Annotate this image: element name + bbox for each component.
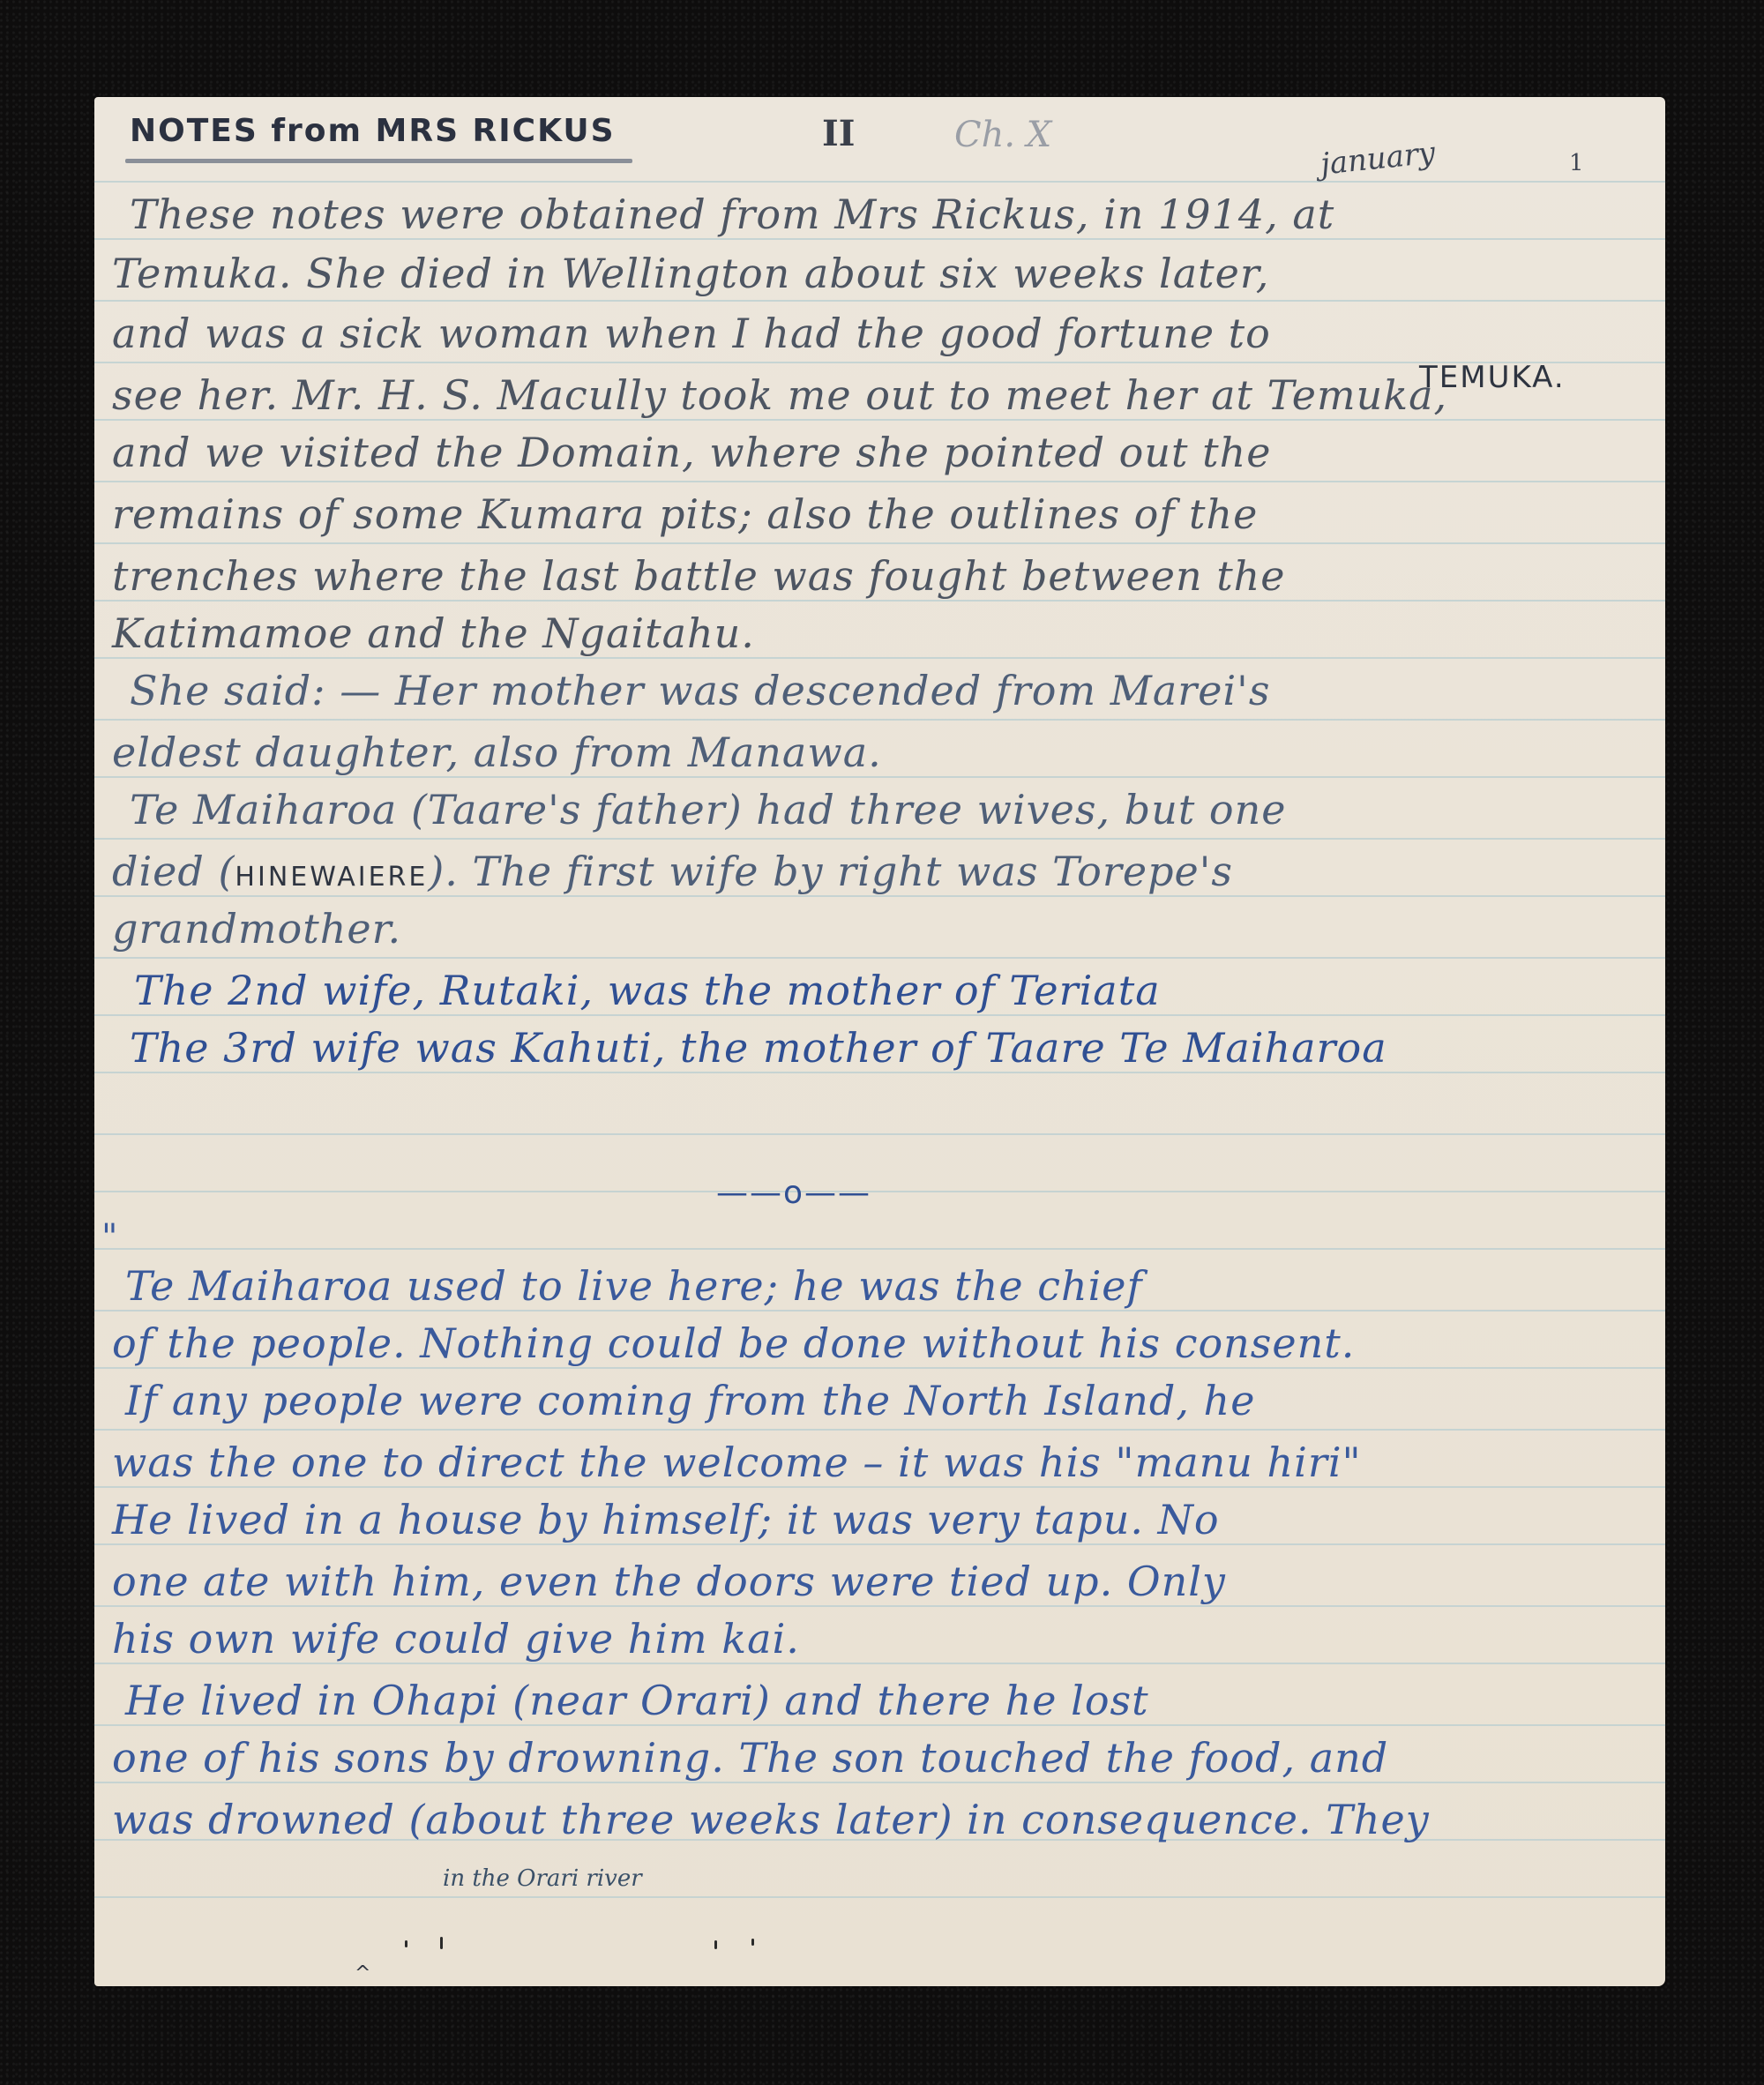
interlinear-insertion: in the Orari river	[443, 1865, 642, 1892]
text-line: was drowned (about three weeks later) in…	[112, 1799, 1430, 1840]
opening-quote-mark: "	[101, 1217, 117, 1258]
text-line: He lived in Ohapi (near Orari) and there…	[125, 1680, 1149, 1721]
text-line: trenches where the last battle was fough…	[112, 556, 1286, 596]
ruled-line	[94, 300, 1665, 302]
text-line: see her. Mr. H. S. Macully took me out t…	[112, 375, 1447, 415]
text-line: These notes were obtained from Mrs Ricku…	[130, 194, 1334, 235]
page-heading: NOTES from MRS RICKUS	[130, 113, 616, 149]
ruled-line	[94, 1429, 1665, 1431]
ruled-line	[94, 776, 1665, 778]
ruled-line	[94, 838, 1665, 840]
text-line: The 3rd wife was Kahuti, the mother of T…	[130, 1028, 1387, 1068]
ruled-line	[94, 1724, 1665, 1726]
ruled-line	[94, 895, 1665, 897]
stray-mark	[405, 1940, 407, 1947]
ruled-line	[94, 600, 1665, 602]
stray-mark	[440, 1937, 443, 1949]
section-separator: ——o——	[716, 1175, 871, 1211]
text-line: remains of some Kumara pits; also the ou…	[112, 494, 1258, 534]
text-line: died (HINEWAIERE). The first wife by rig…	[112, 851, 1233, 892]
text-line: and we visited the Domain, where she poi…	[112, 432, 1271, 473]
ruled-line	[94, 1486, 1665, 1488]
ruled-line	[94, 1367, 1665, 1369]
insertion-caret: ^	[355, 1962, 370, 1984]
text-fragment: died (	[112, 848, 235, 895]
text-line: He lived in a house by himself; it was v…	[112, 1499, 1220, 1540]
text-line: Te Maiharoa used to live here; he was th…	[125, 1266, 1143, 1306]
text-line: and was a sick woman when I had the good…	[112, 313, 1271, 354]
chapter-annotation: Ch. X	[954, 115, 1051, 155]
text-line: grandmother.	[112, 908, 401, 949]
roman-numeral: II	[822, 113, 855, 154]
ruled-line	[94, 1896, 1665, 1898]
text-line: was the one to direct the welcome – it w…	[112, 1442, 1362, 1483]
ruled-line	[94, 1663, 1665, 1664]
ruled-line	[94, 1133, 1665, 1135]
ruled-line	[94, 1191, 1665, 1192]
manuscript-page: NOTES from MRS RICKUS II Ch. X january 1…	[94, 97, 1665, 1986]
month-annotation: january	[1319, 135, 1437, 182]
text-line: She said: — Her mother was descended fro…	[130, 670, 1270, 711]
ruled-line	[94, 419, 1665, 421]
name-insert: HINEWAIERE	[235, 862, 428, 893]
stray-mark	[714, 1940, 717, 1949]
text-fragment: ). The first wife by right was Torepe's	[428, 848, 1233, 895]
ruled-line	[94, 957, 1665, 959]
text-line: of the people. Nothing could be done wit…	[112, 1323, 1355, 1364]
ruled-line	[94, 719, 1665, 721]
ruled-line	[94, 1248, 1665, 1250]
text-line: Te Maiharoa (Taare's father) had three w…	[130, 789, 1286, 830]
ruled-line	[94, 1605, 1665, 1607]
text-line: Katimamoe and the Ngaitahu.	[112, 613, 755, 654]
text-line: The 2nd wife, Rutaki, was the mother of …	[134, 970, 1161, 1011]
ruled-line	[94, 1782, 1665, 1783]
text-line: one of his sons by drowning. The son tou…	[112, 1737, 1388, 1778]
ruled-line	[94, 1072, 1665, 1073]
text-line: his own wife could give him kai.	[112, 1618, 800, 1659]
text-line: Temuka. She died in Wellington about six…	[112, 253, 1269, 294]
ruled-line	[94, 1014, 1665, 1016]
text-line: eldest daughter, also from Manawa.	[112, 732, 882, 773]
text-line: If any people were coming from the North…	[125, 1380, 1255, 1421]
ruled-line	[94, 238, 1665, 240]
text-line: one ate with him, even the doors were ti…	[112, 1561, 1226, 1602]
ruled-line	[94, 181, 1665, 183]
heading-underline	[125, 159, 632, 163]
ruled-line	[94, 542, 1665, 544]
ruled-line	[94, 481, 1665, 482]
ruled-line	[94, 657, 1665, 659]
ruled-line	[94, 1310, 1665, 1312]
page-number-mark: 1	[1569, 150, 1584, 176]
stray-mark	[751, 1939, 754, 1946]
ruled-line	[94, 1543, 1665, 1545]
